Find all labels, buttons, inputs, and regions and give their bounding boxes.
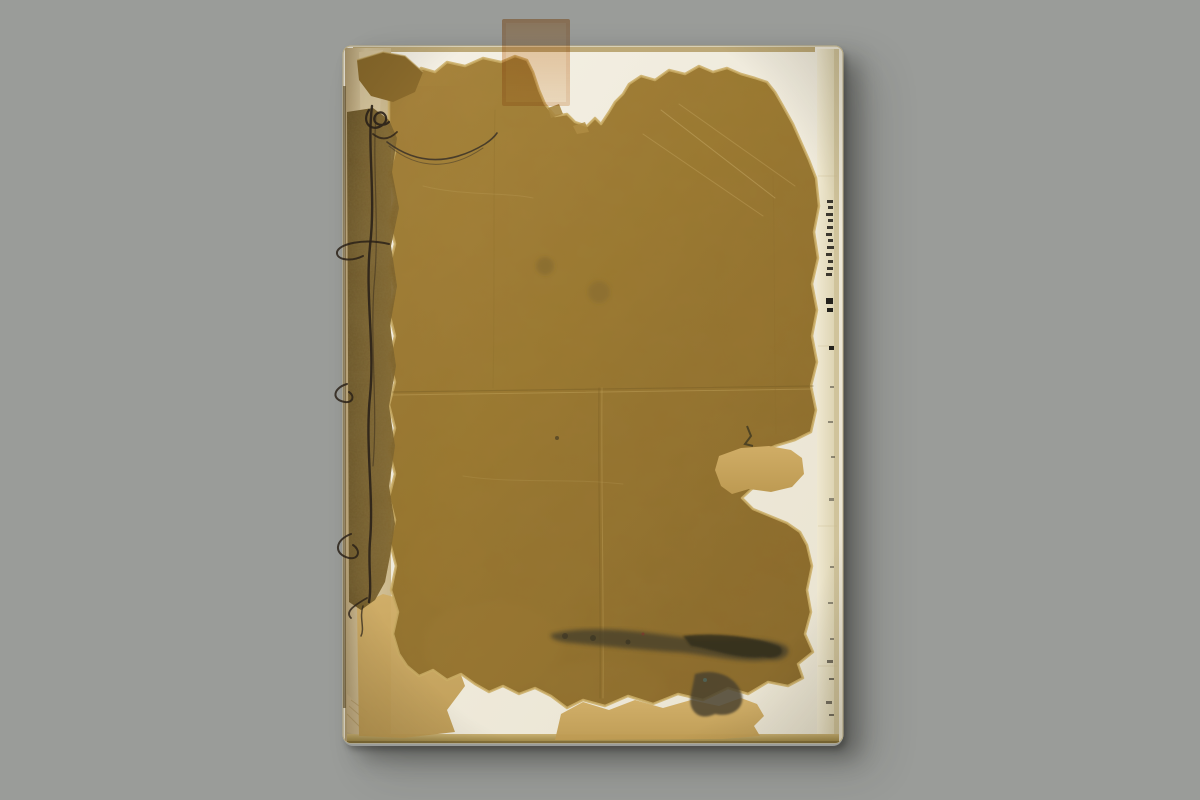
book-photo-rendering: Photograph of the back cover of an antiq…: [343, 46, 843, 746]
book: Photograph of the back cover of an antiq…: [343, 46, 843, 746]
orange-tab-label: [502, 19, 570, 106]
photo-stage: Photograph of the back cover of an antiq…: [0, 0, 1200, 800]
cover-vignette: [343, 46, 843, 743]
